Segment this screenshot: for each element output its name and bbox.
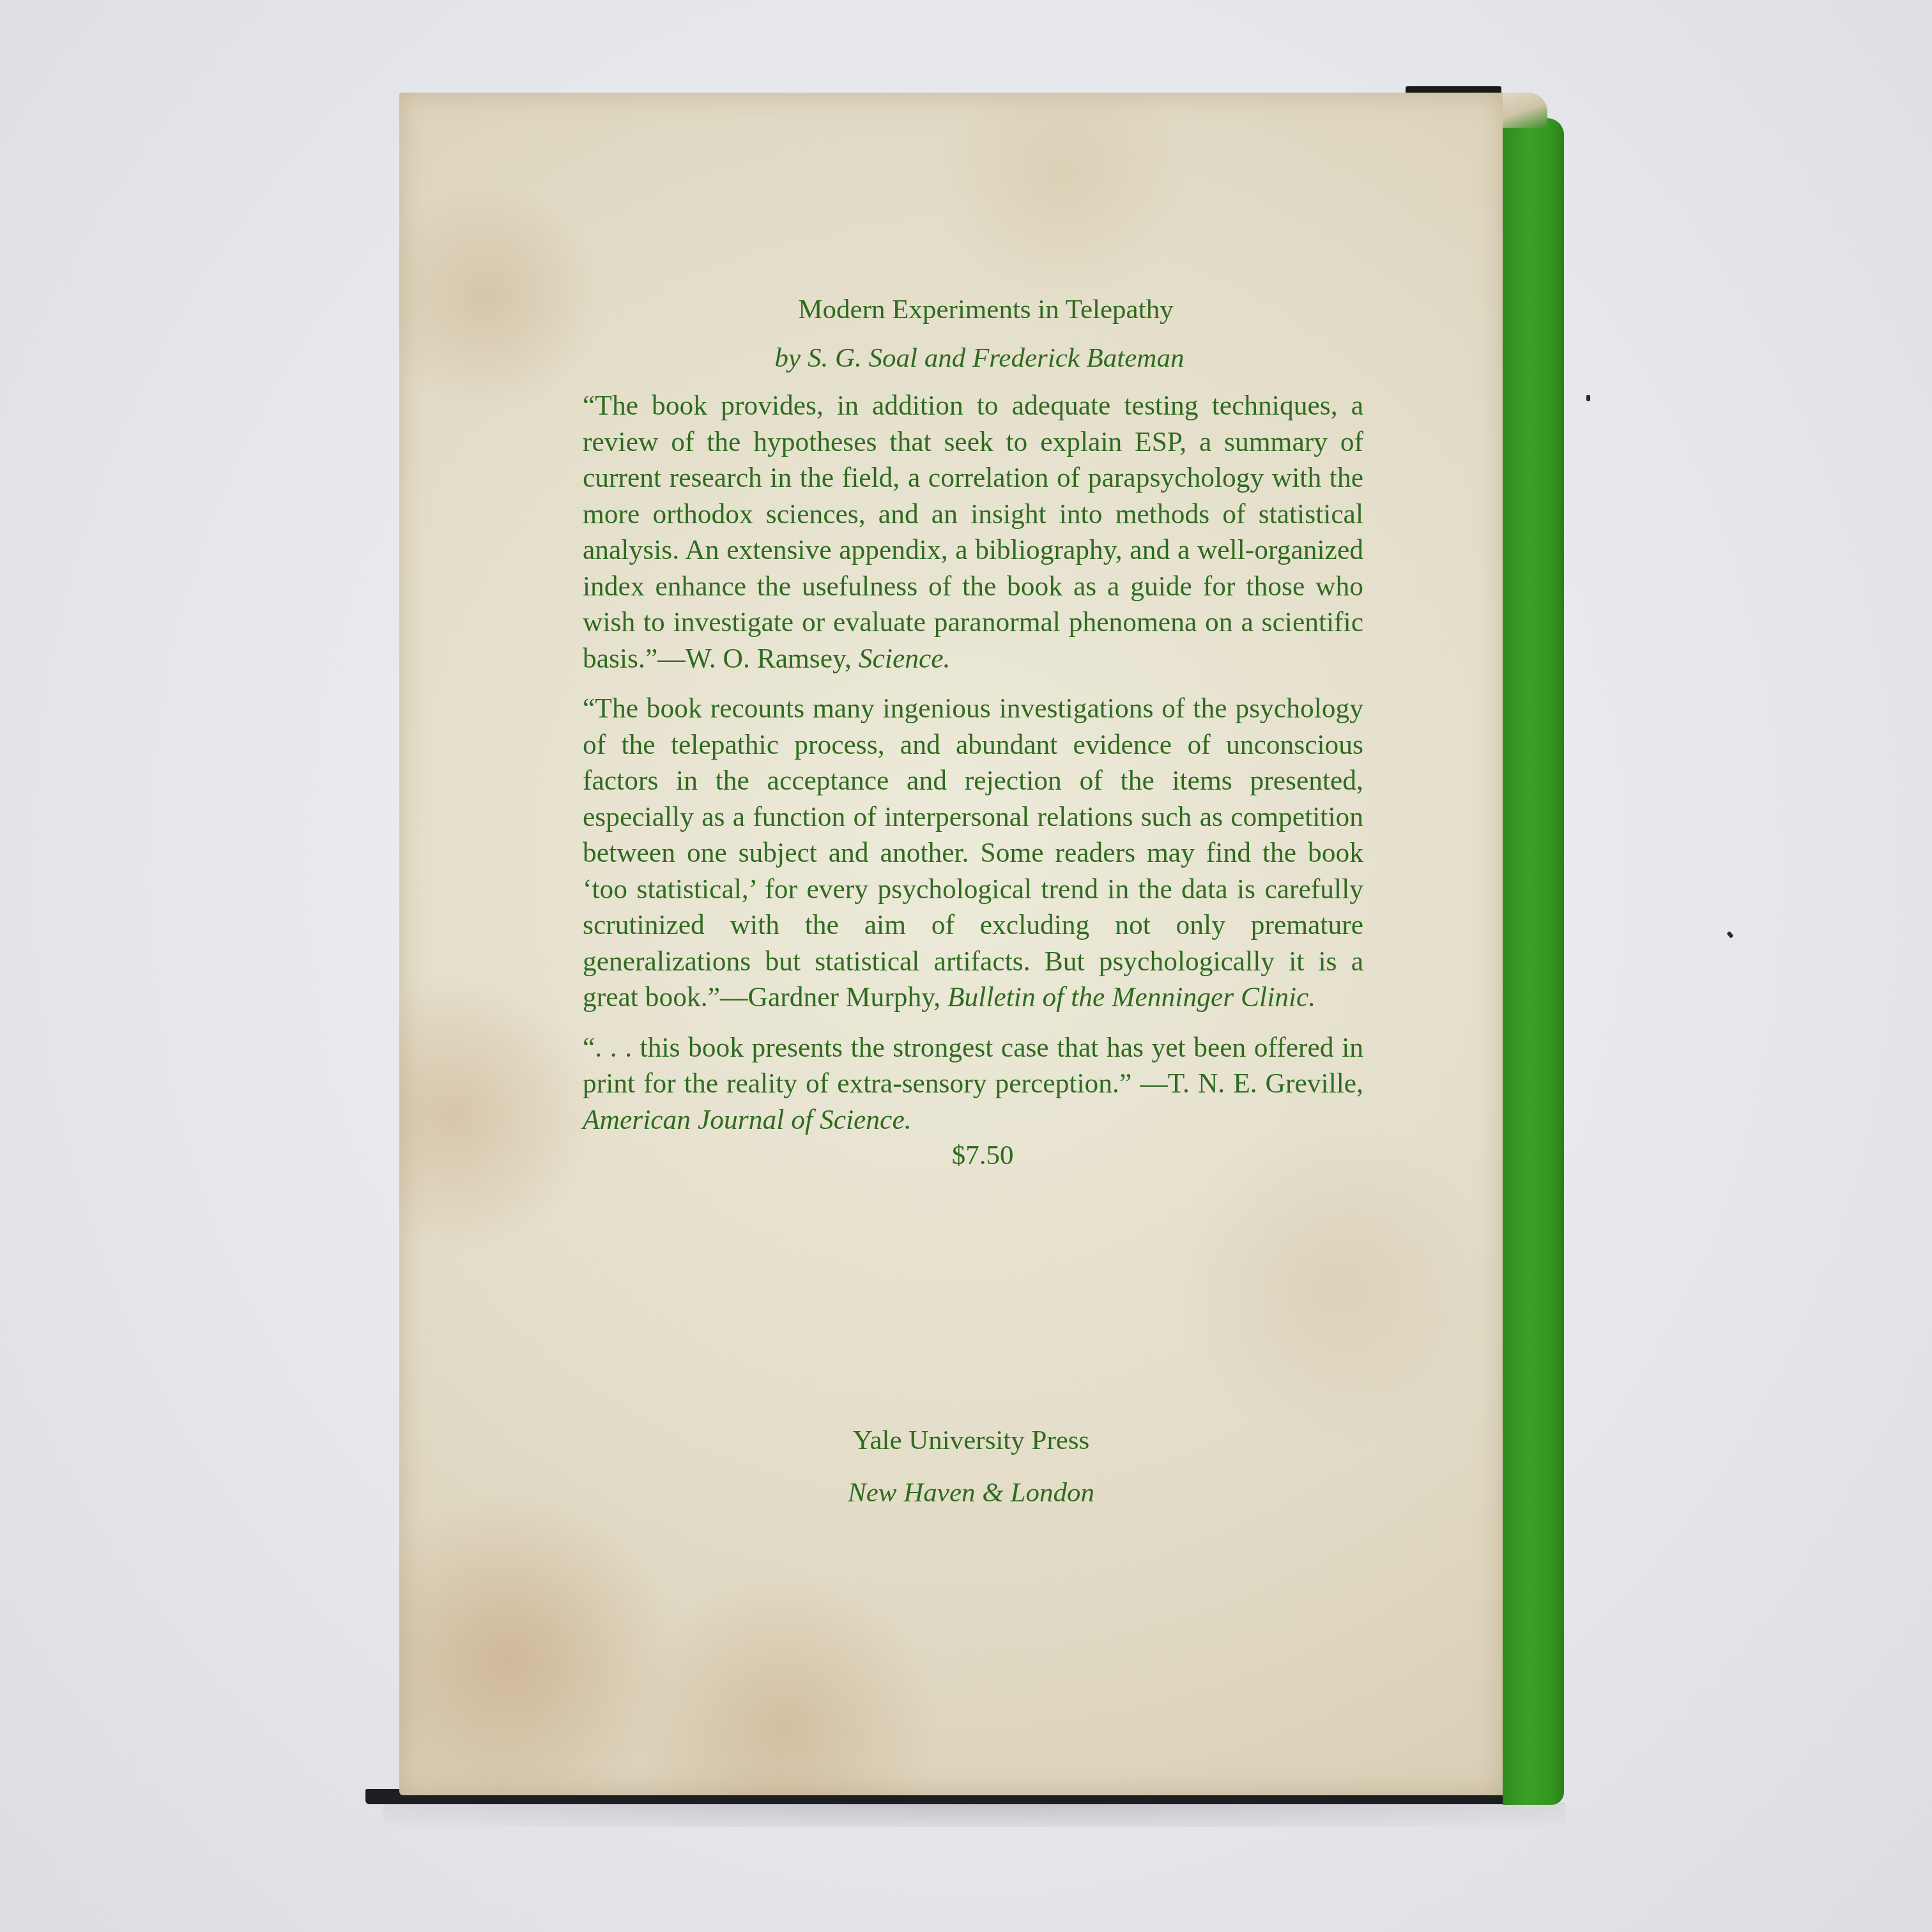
review-quote: “. . . this book presents the strongest … <box>583 1030 1363 1138</box>
spine-wear <box>1503 93 1547 128</box>
publisher-place: New Haven & London <box>767 1474 1176 1512</box>
review-text: “. . . this book presents the strongest … <box>583 1032 1363 1100</box>
dust-speck <box>1586 395 1590 401</box>
review-source: American Journal of Science. <box>583 1105 912 1135</box>
review-source: Science. <box>859 643 951 674</box>
publisher-block: Yale University Press New Haven & London <box>767 1422 1176 1512</box>
publisher-name: Yale University Press <box>767 1422 1176 1460</box>
review-source: Bulletin of the Menninger Clinic. <box>947 982 1315 1013</box>
green-spine <box>1503 118 1564 1805</box>
price: $7.50 <box>583 1138 1363 1174</box>
review-text: “The book provides, in addition to adequ… <box>583 390 1363 674</box>
review-text: “The book recounts many ingenious invest… <box>583 693 1363 1013</box>
dust-speck <box>1726 931 1733 939</box>
review-quote: “The book recounts many ingenious invest… <box>583 691 1363 1016</box>
review-quote: “The book provides, in addition to adequ… <box>583 388 1363 677</box>
book-shadow <box>383 1802 1565 1827</box>
book-title: Modern Experiments in Telepathy <box>583 291 1363 329</box>
book-byline: by S. G. Soal and Frederick Bateman <box>583 341 1363 376</box>
back-cover-text: Modern Experiments in Telepathy by S. G.… <box>583 291 1363 1174</box>
